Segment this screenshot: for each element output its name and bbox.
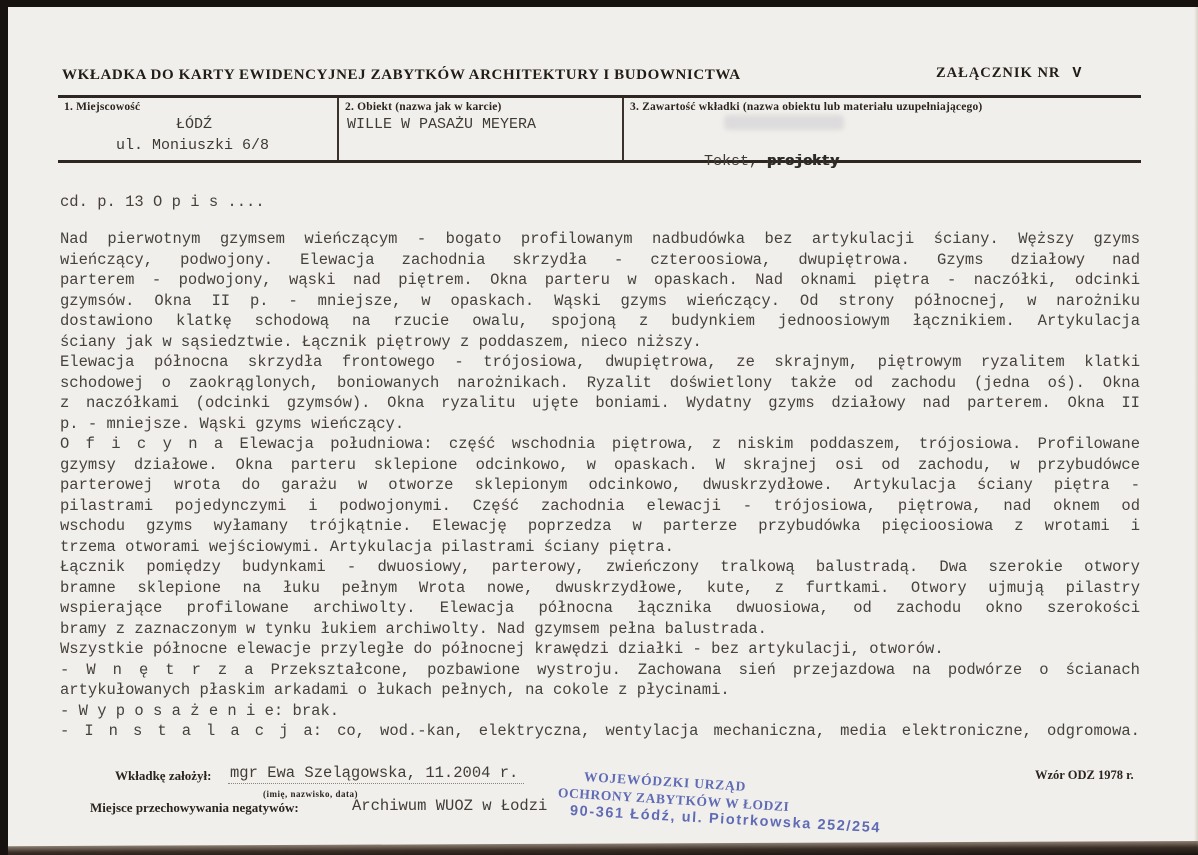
body-line: dostawiono klatkę schodową na rzucie owa… xyxy=(60,311,1140,332)
body-line: bramne sklepione na łuku pełnym Wrota no… xyxy=(60,578,1140,599)
field-miejscowosc-city: ŁÓDŹ xyxy=(176,115,331,134)
created-by-value: mgr Ewa Szelągowska, 11.2004 r. xyxy=(228,764,524,784)
field-zawartosc-value: Tekst, projekty xyxy=(632,114,1135,190)
negatives-location-label: Miejsce przechowywania negatywów: xyxy=(90,800,299,816)
description-intro: cd. p. 13 O p i s .... xyxy=(60,192,1140,212)
body-line: - I n s t a l a c j a: co, wod.-kan, ele… xyxy=(60,721,1140,742)
body-line: parterem - podwojony, wąski nad piętrem.… xyxy=(60,270,1140,291)
scan-edge-left xyxy=(0,0,8,855)
annex-label-text: ZAŁĄCZNIK NR xyxy=(936,65,1060,81)
created-by-label: Wkładkę założył: xyxy=(115,768,211,784)
annex-label: ZAŁĄCZNIK NRV xyxy=(936,65,1082,82)
scan-edge-right xyxy=(1194,7,1198,841)
body-line: z naczółkami (odcinki gzymsów). Okna ryz… xyxy=(60,393,1140,414)
body-lines: Nad pierwotnym gzymsem wieńczącym - boga… xyxy=(60,229,1140,742)
field-miejscowosc: 1. Miejscowość ŁÓDŹ ul. Moniuszki 6/8 xyxy=(58,98,337,160)
body-line: Wszystkie północne elewacje przyległe do… xyxy=(60,639,1140,660)
field-zawartosc-label: 3. Zawartość wkładki (nazwa obiektu lub … xyxy=(630,101,1135,113)
field-obiekt-label: 2. Obiekt (nazwa jak w karcie) xyxy=(345,101,616,113)
created-by-hint: (imię, nazwisko, data) xyxy=(263,789,358,799)
body-line: wschodu gzyms wyłamany trójkątnie. Elewa… xyxy=(60,516,1140,537)
negatives-location-value: Archiwum WUOZ w Łodzi xyxy=(352,797,547,815)
body-line: gzymsy działowe. Okna parteru sklepione … xyxy=(60,455,1140,476)
body-line: Elewacja północna skrzydła frontowego - … xyxy=(60,352,1140,373)
annex-number: V xyxy=(1072,65,1082,82)
body-line: Łącznik pomiędzy budynkami - dwuosiowy, … xyxy=(60,557,1140,578)
description-body: cd. p. 13 O p i s .... Nad pierwotnym gz… xyxy=(60,192,1140,742)
body-line: ściany jak w sąsiedztwie. Łącznik piętro… xyxy=(60,332,1140,353)
body-line: - W y p o s a ż e n i e: brak. xyxy=(60,701,1140,722)
body-line: trzema otworami wejściowymi. Artykulacja… xyxy=(60,537,1140,558)
body-line: bramy z zaznaczonym w tynku łukiem archi… xyxy=(60,619,1140,640)
field-obiekt-value: WILLE W PASAŻU MEYERA xyxy=(347,115,616,134)
body-line: Nad pierwotnym gzymsem wieńczącym - boga… xyxy=(60,229,1140,250)
field-zawartosc: 3. Zawartość wkładki (nazwa obiektu lub … xyxy=(622,98,1141,160)
body-line: O f i c y n a Elewacja południowa: część… xyxy=(60,434,1140,455)
identification-table: 1. Miejscowość ŁÓDŹ ul. Moniuszki 6/8 2.… xyxy=(58,95,1141,163)
scan-edge-top xyxy=(0,0,1198,7)
field-zawartosc-emphasis: projekty xyxy=(767,153,839,170)
body-line: schodowej o zaokrąglonych, boniowanych n… xyxy=(60,373,1140,394)
field-zawartosc-prefix: Tekst, xyxy=(704,153,767,170)
scan-edge-bottom-shadow xyxy=(8,841,1198,855)
body-line: parterowej wrota do garażu w otworze skl… xyxy=(60,475,1140,496)
field-miejscowosc-label: 1. Miejscowość xyxy=(64,101,331,113)
form-code: Wzór ODZ 1978 r. xyxy=(1035,768,1134,783)
body-line: artykułowanych płaskim arkadami o łukach… xyxy=(60,680,1140,701)
scanned-document-page: WKŁADKA DO KARTY EWIDENCYJNEJ ZABYTKÓW A… xyxy=(0,0,1198,855)
document-title: WKŁADKA DO KARTY EWIDENCYJNEJ ZABYTKÓW A… xyxy=(62,67,741,84)
field-obiekt: 2. Obiekt (nazwa jak w karcie) WILLE W P… xyxy=(337,98,622,160)
body-line: gzymsów. Okna II p. - mniejsze, w opaska… xyxy=(60,291,1140,312)
ink-smudge xyxy=(724,115,844,130)
body-line: wspierające profilowane archiwolty. Elew… xyxy=(60,598,1140,619)
body-line: pilastrami pojedynczymi i podwojonymi. C… xyxy=(60,496,1140,517)
field-miejscowosc-street: ul. Moniuszki 6/8 xyxy=(116,136,331,155)
body-line: - W n ę t r z a Przekształcone, pozbawio… xyxy=(60,660,1140,681)
body-line: p. - mniejsze. Wąski gzyms wieńczący. xyxy=(60,414,1140,435)
body-line: wieńczący, podwojony. Elewacja zachodnia… xyxy=(60,250,1140,271)
